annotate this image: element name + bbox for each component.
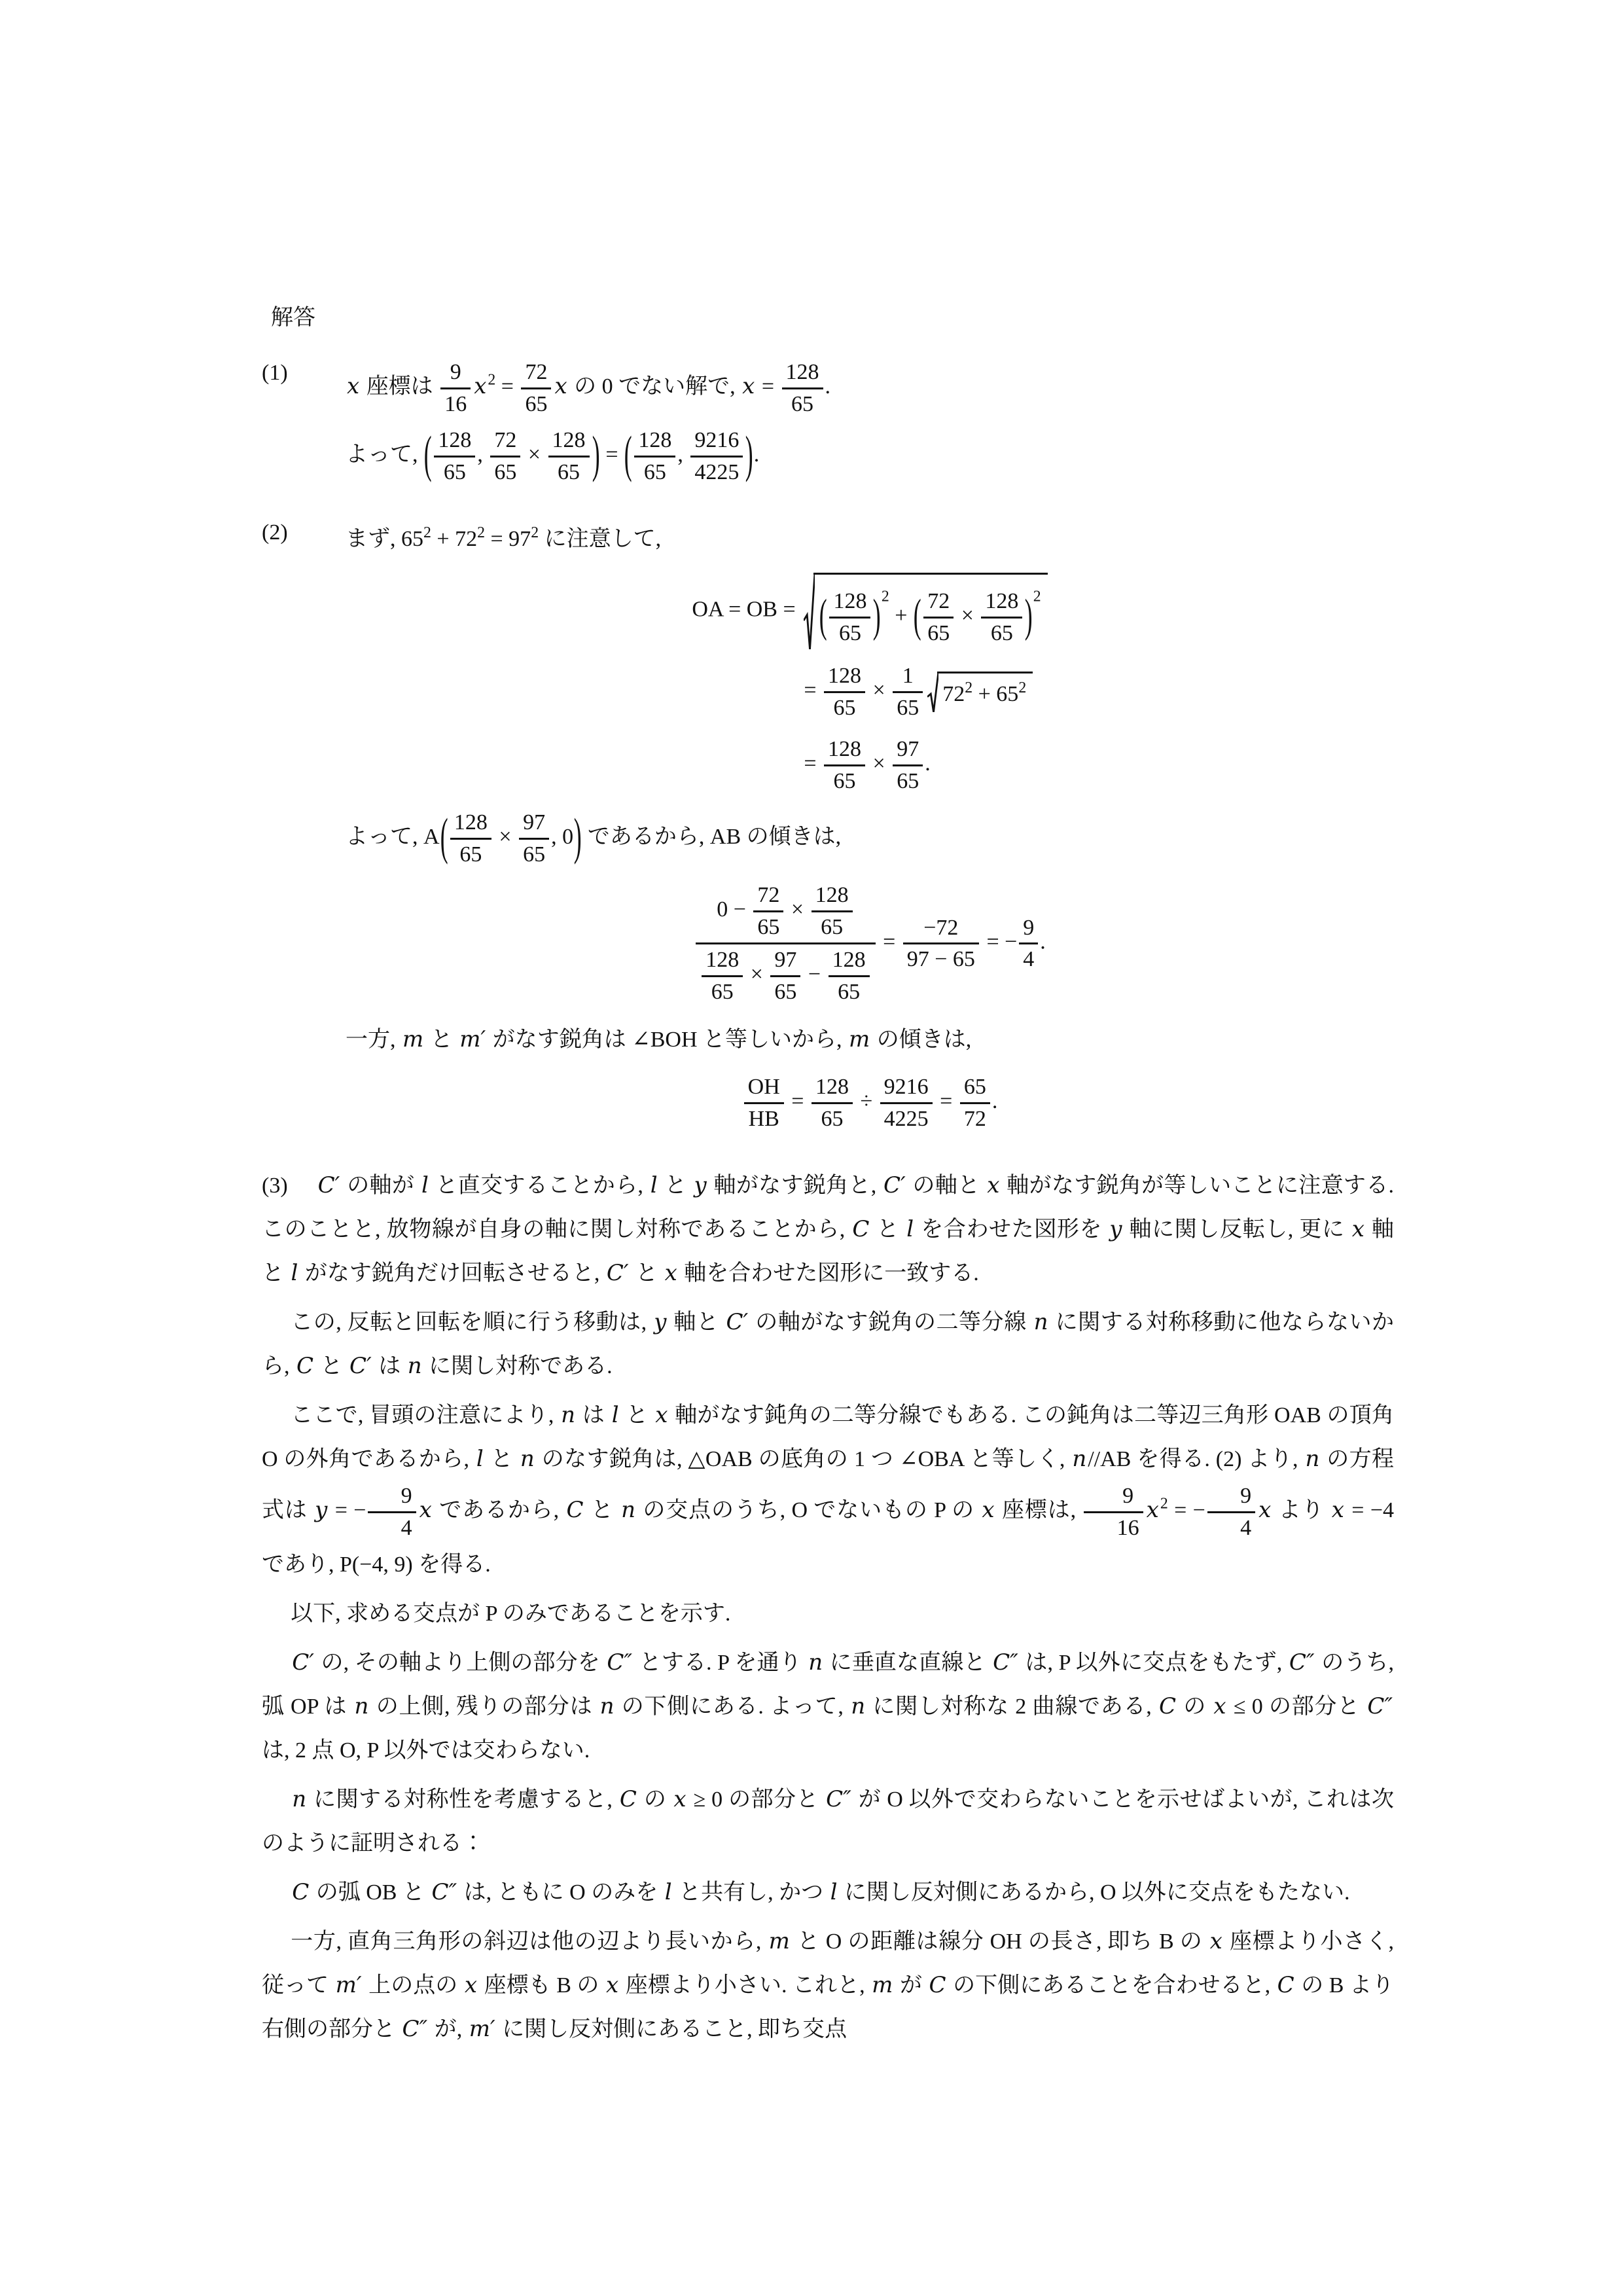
math-variable: x	[553, 373, 568, 399]
text-run: 97	[523, 810, 545, 834]
math-variable: y	[1108, 1216, 1123, 1242]
text-run: 9	[401, 1484, 412, 1508]
item-1-content: x 座標は 916x2 = 7265x の 0 でない解で, x = 12865…	[346, 351, 1394, 493]
numerator: 9	[1084, 1481, 1143, 1511]
fraction: 92164225	[878, 1072, 935, 1134]
math-variable: l	[611, 1402, 620, 1428]
math-variable: x	[1212, 1693, 1227, 1719]
denominator: 65	[811, 910, 853, 942]
math-variable: x	[1330, 1497, 1346, 1523]
denominator: 65	[782, 387, 823, 420]
text-run: 一方, 直角三角形の斜辺は他の辺より長いから,	[291, 1929, 767, 1954]
text-run: 65	[821, 1107, 843, 1131]
numerator: 128	[450, 808, 491, 838]
text-run: 1	[902, 664, 914, 688]
math-variable: C″	[825, 1786, 853, 1812]
text-run: 上の点の	[363, 1973, 463, 1998]
denominator: 65	[829, 617, 870, 649]
intro-line: まず, 652 + 722 = 972 に注意して,	[346, 517, 1394, 561]
math-variable: x	[1351, 1216, 1366, 1242]
text-run: 9	[1240, 1484, 1251, 1508]
superscript: 2	[423, 524, 431, 541]
math-variable: C	[291, 1879, 310, 1905]
text-run: は	[577, 1403, 611, 1427]
numerator: 128	[824, 661, 865, 691]
text-run: 65	[558, 460, 580, 484]
text-run: まず, 65	[346, 527, 423, 551]
item-2-label: (2)	[262, 511, 346, 554]
math-variable: l	[420, 1172, 430, 1198]
text-run: と	[870, 1217, 905, 1242]
fraction: 9765	[517, 808, 551, 869]
numerator: 0 − 7265 × 12865	[696, 880, 875, 942]
denominator: 4	[368, 1511, 416, 1543]
math-variable: n	[1071, 1446, 1088, 1472]
fraction: 9765	[768, 945, 802, 1007]
right-paren: )	[591, 431, 600, 482]
numerator: 128	[829, 945, 870, 975]
text-run: 65	[459, 842, 482, 867]
math-variable: n	[807, 1649, 824, 1676]
numerator: 128	[548, 425, 590, 456]
slope-m-equation: OHHB = 12865 ÷ 92164225 = 6572.	[346, 1072, 1394, 1134]
numerator: 128	[824, 734, 865, 764]
numerator: 9	[1207, 1481, 1255, 1511]
math-variable: C″	[991, 1649, 1020, 1676]
text-run: 65	[711, 980, 734, 1004]
math-line-2: よって, (12865, 7265 × 12865) = (12865, 921…	[346, 425, 1394, 487]
fraction: 12865	[448, 808, 493, 869]
text-run: 65	[757, 915, 779, 939]
text-run: と共有し, かつ	[673, 1880, 829, 1905]
numerator: 1	[893, 661, 923, 691]
fraction: 12865	[546, 425, 592, 487]
superscript: 2	[488, 372, 495, 389]
fraction: 12865	[780, 357, 825, 419]
math-variable: C′	[348, 1353, 373, 1379]
fraction: 916	[1082, 1481, 1145, 1543]
section-3: (3)C′ の軸が l と直交することから, l と y 軸がなす鋭角と, C′…	[262, 1164, 1394, 2051]
text-run: 65	[525, 392, 547, 416]
text-run: 65	[964, 1075, 986, 1099]
numerator: 128	[434, 425, 475, 456]
denominator: 4	[1207, 1511, 1255, 1543]
numerator: 128	[829, 586, 870, 617]
math-variable: m′	[334, 1972, 363, 1998]
text-run: 9216	[694, 428, 739, 452]
text-run: , 0	[551, 825, 573, 849]
math-variable: C″	[1288, 1649, 1316, 1676]
text-run: 72	[757, 883, 779, 907]
math-variable: C″	[605, 1649, 633, 1676]
numerator: 9	[1019, 913, 1038, 943]
text-run: 97	[774, 948, 796, 972]
text-run: 128	[552, 428, 586, 452]
text-run: 72	[927, 589, 950, 613]
math-variable: C′	[291, 1649, 315, 1676]
math-variable: m′	[458, 1026, 487, 1052]
numerator: 72	[490, 425, 520, 456]
text-run: ,	[477, 442, 488, 467]
text-run: は	[373, 1354, 406, 1378]
paragraph-8: 一方, 直角三角形の斜辺は他の辺より長いから, m と O の距離は線分 OH …	[262, 1920, 1394, 2051]
text-run: に注意して,	[539, 527, 661, 551]
text-run: 4	[401, 1516, 412, 1540]
text-run: より	[1272, 1498, 1330, 1522]
left-paren: (	[423, 431, 433, 482]
text-run: 72	[964, 1107, 986, 1131]
text-run: の上側, 残りの部分は	[370, 1695, 598, 1719]
text-run: 72	[525, 360, 547, 384]
math-variable: m′	[468, 2016, 497, 2042]
text-run: は, P 以外に交点をもたず,	[1020, 1651, 1288, 1675]
numerator: 128	[702, 945, 743, 975]
fraction: 12865	[810, 1072, 855, 1134]
text-run: 9	[1122, 1484, 1133, 1508]
math-variable: x	[463, 1972, 478, 1998]
math-variable: C′	[605, 1260, 630, 1286]
text-run: 16	[444, 392, 467, 416]
text-run: の軸と	[907, 1174, 986, 1198]
denominator: 65	[770, 975, 800, 1007]
text-run: +	[889, 603, 913, 628]
math-variable: y	[693, 1172, 708, 1198]
math-variable: C	[851, 1216, 870, 1242]
text-run: に関し反対側にあること, 即ち交点	[497, 2017, 847, 2041]
numerator: 97	[893, 734, 923, 764]
fraction: 165	[891, 661, 925, 723]
text-run: 0 −	[717, 897, 751, 922]
text-run: と	[425, 1028, 458, 1052]
text-run: の弧 OB と	[310, 1880, 430, 1905]
text-run: 65	[444, 460, 466, 484]
text-run: 9	[1023, 916, 1034, 940]
text-run: 65	[991, 621, 1013, 645]
numerator: 97	[770, 945, 800, 975]
fraction: 12865	[822, 734, 867, 796]
math-variable: y	[313, 1497, 329, 1523]
superscript: 2	[477, 524, 485, 541]
numerator: 72	[923, 586, 954, 617]
right-paren: )	[745, 431, 754, 482]
text-run: よって, A	[346, 825, 440, 849]
text-run: .	[992, 1089, 998, 1113]
math-variable: x	[418, 1497, 433, 1523]
text-run: 128	[985, 589, 1018, 613]
text-run: 128	[454, 810, 488, 834]
math-variable: C′	[317, 1172, 342, 1198]
radicand: 722 + 652	[937, 672, 1033, 712]
fraction: −7297 − 65	[901, 913, 981, 975]
math-variable: m	[847, 1026, 871, 1052]
text-run: 9216	[884, 1075, 929, 1099]
fraction: 12865	[827, 945, 872, 1007]
text-run: と直交することから,	[430, 1174, 649, 1198]
text-run: = −	[329, 1498, 366, 1522]
math-variable: C	[565, 1497, 584, 1523]
text-run: 以下, 求める交点が P のみであることを示す.	[291, 1602, 730, 1626]
text-run: ×	[493, 825, 517, 849]
denominator: 65	[811, 1102, 853, 1134]
equation-oa-ob: OA = OB = (12865)2 + (7265 × 12865)2	[692, 573, 1047, 649]
text-run: ×	[867, 678, 891, 702]
text-run: ×	[522, 442, 546, 467]
denominator: 65	[981, 617, 1022, 649]
text-run: OA = OB =	[692, 597, 801, 621]
fraction: 94	[366, 1481, 418, 1543]
text-run: 128	[638, 428, 671, 452]
text-run: よって,	[346, 442, 423, 467]
text-run: 97 − 65	[907, 947, 975, 971]
text-run: に垂直な直線と	[824, 1651, 991, 1675]
text-run: HB	[749, 1107, 779, 1131]
superscript: 2	[531, 524, 539, 541]
denominator: 65	[450, 838, 491, 870]
fraction: 12865	[979, 586, 1024, 648]
paragraph-3: ここで, 冒頭の注意により, n は l と x 軸がなす鈍角の二等分線でもある…	[262, 1393, 1394, 1587]
denominator: 65	[824, 764, 865, 797]
fraction: 12865	[632, 425, 677, 487]
fraction: 94	[1205, 1481, 1257, 1543]
numerator: 128	[811, 1072, 853, 1102]
math-variable: x	[1257, 1497, 1272, 1523]
numerator: 9	[368, 1481, 416, 1511]
text-run: の 0 でない解で,	[569, 374, 741, 399]
right-paren: )	[573, 813, 582, 864]
denominator: 65	[521, 387, 551, 420]
paragraph-6: n に関する対称性を考慮すると, C の x ≥ 0 の部分と C″ が O 以…	[262, 1778, 1394, 1865]
text-run: 座標も B の	[478, 1973, 605, 1998]
math-variable: C′	[725, 1309, 750, 1335]
fraction: 12865	[827, 586, 872, 648]
denominator: 4225	[880, 1102, 933, 1134]
text-run: 97	[897, 737, 919, 761]
math-variable: n	[519, 1446, 536, 1472]
text-run: =	[600, 442, 624, 467]
denominator: 65	[829, 975, 870, 1007]
text-run: の交点のうち, O でないもの P の	[637, 1498, 980, 1522]
numerator: 9	[440, 357, 471, 387]
math-variable: C″	[430, 1879, 458, 1905]
denominator: 16	[1084, 1511, 1143, 1543]
numerator: 128	[782, 357, 823, 387]
numerator: −72	[903, 913, 979, 943]
text-run: 65	[834, 696, 856, 720]
denominator: 4225	[690, 456, 743, 488]
solution-heading: 解答	[271, 302, 1394, 334]
denominator: 4	[1019, 942, 1038, 975]
numerator: 65	[960, 1072, 990, 1102]
text-run: 座標より小さい. これと,	[620, 1973, 870, 1998]
text-run: ×	[785, 897, 809, 922]
text-run: と	[584, 1498, 620, 1522]
math-variable: x	[346, 373, 361, 399]
text-run: −72	[923, 916, 958, 940]
math-variable: n	[291, 1786, 308, 1812]
item-2-content: まず, 652 + 722 = 972 に注意して, OA = OB = (12…	[346, 511, 1394, 1144]
math-variable: C″	[401, 2016, 429, 2042]
text-run: 128	[828, 664, 861, 688]
text-run: に関する対称性を考慮すると,	[308, 1787, 618, 1812]
math-variable: x	[1209, 1928, 1224, 1954]
item-1-label: (1)	[262, 351, 346, 395]
text-run: 軸がなす鋭角と,	[708, 1174, 882, 1198]
square-root: (12865)2 + (7265 × 12865)2	[804, 573, 1048, 649]
denominator: 65	[634, 456, 675, 488]
text-run: 128	[833, 589, 866, 613]
text-run: OH	[748, 1075, 780, 1099]
text-run: と	[630, 1261, 664, 1285]
text-run: =	[495, 374, 519, 399]
text-run: の下側にあることを合わせると,	[948, 1973, 1276, 1998]
text-run: がなす鋭角だけ回転させると,	[299, 1261, 605, 1285]
section-1: (1) x 座標は 916x2 = 7265x の 0 でない解で, x = 1…	[262, 351, 1394, 493]
denominator: 97 − 65	[903, 942, 979, 975]
text-run: = −	[1168, 1498, 1205, 1522]
math-variable: x	[654, 1402, 669, 1428]
right-paren: )	[872, 594, 882, 640]
fraction: 12865	[432, 425, 477, 487]
text-run: =	[935, 1089, 958, 1113]
denominator: HB	[744, 1102, 784, 1134]
math-variable: n	[1033, 1309, 1050, 1335]
text-run: と	[620, 1403, 654, 1427]
text-run: 128	[832, 948, 866, 972]
text-run: ÷	[855, 1089, 878, 1113]
fraction: 7265	[921, 586, 955, 648]
math-line-1: x 座標は 916x2 = 7265x の 0 でない解で, x = 12865…	[346, 357, 1394, 419]
fraction: 7265	[488, 425, 522, 487]
text-run: .	[754, 442, 760, 467]
fraction: 12865	[700, 945, 745, 1007]
text-run: は, ともに O のみを	[458, 1880, 664, 1905]
fraction: OHHB	[742, 1072, 786, 1134]
superscript: 2	[965, 679, 972, 696]
text-run: 65	[523, 842, 545, 867]
text-run: 軸を合わせた図形に一致する.	[679, 1261, 979, 1285]
math-variable: x	[1145, 1497, 1160, 1523]
text-run: に関し対称な 2 曲線である,	[866, 1695, 1158, 1719]
text-run: のなす鋭角は, △OAB の底角の 1 つ ∠OBA と等しく,	[536, 1447, 1071, 1471]
text-run: + 72	[431, 527, 477, 551]
denominator: 65	[490, 456, 520, 488]
math-variable: l	[649, 1172, 659, 1198]
denominator: 65	[702, 975, 743, 1007]
numerator: 9216	[690, 425, 743, 456]
text-run: 4225	[884, 1107, 929, 1131]
fraction: 12865	[822, 661, 867, 723]
square-root: 722 + 652	[927, 672, 1033, 712]
superscript: 2	[1160, 1496, 1168, 1513]
text-run: .	[925, 751, 931, 776]
text-run: = −	[981, 930, 1017, 954]
numerator: 9216	[880, 1072, 933, 1102]
text-run: の	[638, 1787, 672, 1812]
superscript: 2	[882, 588, 889, 605]
fraction: 9765	[891, 734, 925, 796]
fraction: 6572	[958, 1072, 992, 1134]
text-run: 65	[834, 769, 856, 793]
left-paren: (	[819, 594, 828, 640]
text-run: −	[802, 962, 826, 986]
text-run: の傾きは,	[871, 1028, 971, 1052]
paragraph-5: C′ の, その軸より上側の部分を C″ とする. P を通り n に垂直な直線…	[262, 1641, 1394, 1772]
text-run: 65	[774, 980, 796, 1004]
numerator: 128	[634, 425, 675, 456]
math-variable: x	[986, 1172, 1001, 1198]
text-run: この, 反転と回転を順に行う移動は,	[291, 1310, 652, 1335]
text-run: 65	[791, 392, 813, 416]
denominator: 12865 × 9765 − 12865	[696, 942, 875, 1007]
numerator: 128	[981, 586, 1022, 617]
fraction: 7265	[751, 880, 785, 942]
math-variable: l	[664, 1879, 673, 1905]
math-variable: C	[928, 1972, 948, 1998]
math-variable: n	[406, 1353, 423, 1379]
text-run: ×	[867, 751, 891, 776]
text-run: がなす鋭角は ∠BOH と等しいから,	[487, 1028, 847, 1052]
denominator: 72	[960, 1102, 990, 1134]
fraction: 94	[1017, 913, 1040, 975]
text-run: とする. P を通り	[633, 1651, 807, 1675]
paragraph-1-text: C′ の軸が l と直交することから, l と y 軸がなす鋭角と, C′ の軸…	[262, 1174, 1394, 1285]
numerator: 72	[753, 880, 783, 910]
angle-line: 一方, m と m′ がなす鋭角は ∠BOH と等しいから, m の傾きは,	[346, 1018, 1394, 1062]
math-variable: m	[768, 1928, 791, 1954]
text-run: ×	[955, 603, 979, 628]
paragraph-2: この, 反転と回転を順に行う移動は, y 軸と C′ の軸がなす鋭角の二等分線 …	[262, 1300, 1394, 1388]
left-paren: (	[624, 431, 633, 482]
text-run: 65	[644, 460, 666, 484]
math-variable: n	[620, 1497, 637, 1523]
text-run: と	[659, 1174, 693, 1198]
math-variable: x	[980, 1497, 995, 1523]
text-run: 72	[494, 428, 516, 452]
text-run: ≥ 0 の部分と	[688, 1787, 825, 1812]
text-run: と	[485, 1447, 519, 1471]
text-run: の軸がなす鋭角の二等分線	[749, 1310, 1032, 1335]
math-variable: l	[290, 1260, 300, 1286]
text-run: //AB を得る. (2) より,	[1088, 1447, 1304, 1471]
numerator: OH	[744, 1072, 784, 1102]
text-run: =	[756, 374, 779, 399]
text-run: = 97	[485, 527, 531, 551]
text-run: であるから, AB の傾きは,	[582, 825, 841, 849]
text-run: 65	[897, 769, 919, 793]
fraction: 12865	[810, 880, 855, 942]
left-paren: (	[913, 594, 922, 640]
document-page: 解答 (1) x 座標は 916x2 = 7265x の 0 でない解で, x …	[0, 0, 1623, 2296]
text-run: 4	[1023, 947, 1034, 971]
math-variable: C″	[1366, 1693, 1394, 1719]
point-a-line: よって, A(12865 × 9765, 0) であるから, AB の傾きは,	[346, 808, 1394, 869]
text-run: ,	[677, 442, 688, 467]
equation-step-3: = 12865 × 9765.	[804, 734, 1047, 796]
math-variable: x	[741, 373, 756, 399]
text-run: =	[804, 678, 822, 702]
math-variable: m	[870, 1972, 894, 1998]
denominator: 65	[548, 456, 590, 488]
text-run: 9	[450, 360, 461, 384]
text-run: の	[1177, 1695, 1212, 1719]
text-run: に関し反対側にあるから, O 以外に交点をもたない.	[838, 1880, 1349, 1905]
math-variable: n	[849, 1693, 866, 1719]
denominator: 65	[753, 910, 783, 942]
text-run: と	[315, 1354, 348, 1378]
math-variable: l	[475, 1446, 485, 1472]
denominator: 65	[434, 456, 475, 488]
text-run: 65	[494, 460, 516, 484]
